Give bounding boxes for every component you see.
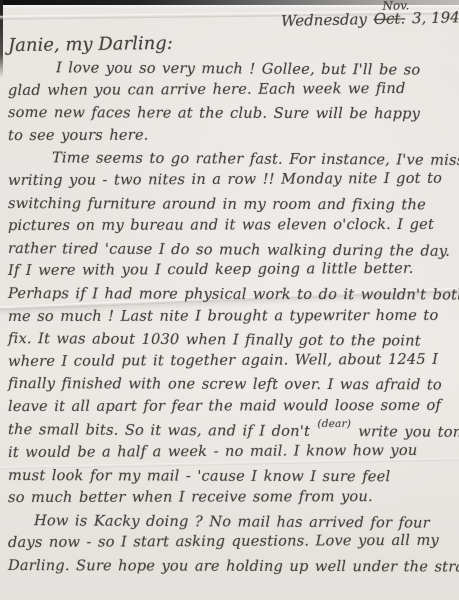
letter-line: days now - so I start asking questions. …: [8, 530, 457, 555]
letter-line: so much better when I receive some from …: [8, 486, 457, 510]
letter-line: it would be a half a week - no mail. I k…: [8, 440, 457, 465]
line-text-before: the small bits. So it was, and if I don'…: [8, 421, 316, 440]
letter-line: pictures on my bureau and it was eleven …: [8, 214, 457, 238]
date-month-inserted: Nov.: [382, 0, 409, 13]
letter-line: writing you - two nites in a row !! Mond…: [8, 168, 457, 193]
letter-page: Wednesday Nov. Oct. 3, 1948 Janie, my Da…: [0, 0, 459, 600]
letter-line: Perhaps if I had more physical work to d…: [8, 283, 457, 307]
letter-body: I love you so very much ! Gollee, but I'…: [8, 57, 457, 578]
date-weekday: Wednesday: [281, 10, 367, 30]
letter-line: leave it all apart for fear the maid wou…: [8, 395, 457, 419]
date-day-year: 3, 1948: [412, 8, 459, 27]
letter-line: to see yours here.: [8, 124, 457, 148]
letter-line: glad when you can arrive here. Each week…: [8, 77, 457, 102]
letter-line: If I were with you I could keep going a …: [8, 258, 457, 283]
letter-line: finally finished with one screw left ove…: [8, 373, 457, 397]
letter-line: me so much ! Last nite I brought a typew…: [8, 304, 457, 328]
line-text-after: write you tonite: [352, 423, 459, 441]
letter-line: some new faces here at the club. Sure wi…: [8, 102, 457, 126]
salutation: Janie, my Darling:: [8, 33, 173, 56]
scanned-letter: Wednesday Nov. Oct. 3, 1948 Janie, my Da…: [0, 0, 459, 600]
letter-line: where I could put it together again. Wel…: [8, 348, 457, 373]
letter-line: Darling. Sure hope you are holding up we…: [8, 555, 457, 579]
date-line: Wednesday Nov. Oct. 3, 1948: [281, 8, 459, 30]
date-month: Nov. Oct.: [374, 9, 406, 28]
scan-edge-left: [0, 0, 3, 78]
letter-line: switching furniture around in my room an…: [8, 193, 457, 217]
inserted-word: (dear): [317, 412, 351, 435]
